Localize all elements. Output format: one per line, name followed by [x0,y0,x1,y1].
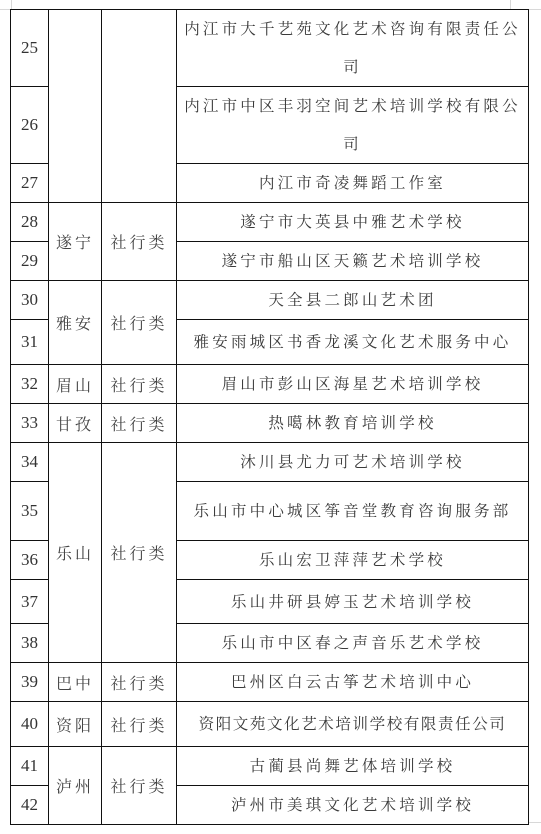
table-row: 28 遂宁 社行类 遂宁市大英县中雅艺术学校 [11,203,529,242]
category-cell [102,10,177,203]
row-number: 40 [11,702,49,747]
city-cell: 泸州 [49,747,102,825]
table-row: 39 巴中 社行类 巴州区白云古筝艺术培训中心 [11,663,529,702]
table-row: 33 甘孜 社行类 热噶林教育培训学校 [11,404,529,443]
institution-name: 乐山宏卫萍萍艺术学校 [177,541,529,580]
institution-name: 乐山井研县婷玉艺术培训学校 [177,580,529,624]
row-number: 33 [11,404,49,443]
table-row: 41 泸州 社行类 古蔺县尚舞艺体培训学校 [11,747,529,786]
category-cell: 社行类 [102,663,177,702]
crop-mark [529,822,541,823]
row-number: 35 [11,482,49,541]
institution-name: 内江市奇凌舞蹈工作室 [177,164,529,203]
institution-name: 内江市大千艺苑文化艺术咨询有限责任公 司 [177,10,529,87]
table-row: 30 雅安 社行类 天全县二郎山艺术团 [11,281,529,320]
crop-mark [510,0,511,9]
city-cell: 雅安 [49,281,102,365]
table-row: 34 乐山 社行类 沐川县尤力可艺术培训学校 [11,443,529,482]
row-number: 26 [11,87,49,164]
city-cell: 眉山 [49,365,102,404]
institution-name: 乐山市中区春之声音乐艺术学校 [177,624,529,663]
row-number: 34 [11,443,49,482]
institution-name: 雅安雨城区书香龙溪文化艺术服务中心 [177,320,529,365]
category-cell: 社行类 [102,747,177,825]
row-number: 25 [11,10,49,87]
name-line: 司 [177,125,528,163]
institution-name: 内江市中区丰羽空间艺术培训学校有限公 司 [177,87,529,164]
crop-mark [11,0,12,9]
row-number: 28 [11,203,49,242]
institution-name: 古蔺县尚舞艺体培训学校 [177,747,529,786]
institution-name: 资阳文苑文化艺术培训学校有限责任公司 [177,702,529,747]
row-number: 27 [11,164,49,203]
city-cell: 资阳 [49,702,102,747]
table-row: 25 内江市大千艺苑文化艺术咨询有限责任公 司 [11,10,529,87]
institution-name: 沐川县尤力可艺术培训学校 [177,443,529,482]
crop-mark [529,9,541,10]
category-cell: 社行类 [102,443,177,663]
table-row: 40 资阳 社行类 资阳文苑文化艺术培训学校有限责任公司 [11,702,529,747]
category-cell: 社行类 [102,365,177,404]
institution-name: 天全县二郎山艺术团 [177,281,529,320]
institution-name: 遂宁市大英县中雅艺术学校 [177,203,529,242]
name-line: 司 [177,48,528,86]
row-number: 37 [11,580,49,624]
category-cell: 社行类 [102,281,177,365]
row-number: 42 [11,786,49,825]
table-row: 32 眉山 社行类 眉山市彭山区海星艺术培训学校 [11,365,529,404]
category-cell: 社行类 [102,203,177,281]
row-number: 38 [11,624,49,663]
institution-name: 热噶林教育培训学校 [177,404,529,443]
row-number: 32 [11,365,49,404]
city-cell: 巴中 [49,663,102,702]
row-number: 41 [11,747,49,786]
name-line: 内江市大千艺苑文化艺术咨询有限责任公 [177,10,528,48]
institution-name: 泸州市美琪文化艺术培训学校 [177,786,529,825]
institution-name: 眉山市彭山区海星艺术培训学校 [177,365,529,404]
city-cell: 遂宁 [49,203,102,281]
city-cell: 甘孜 [49,404,102,443]
institution-name: 巴州区白云古筝艺术培训中心 [177,663,529,702]
institution-name: 遂宁市船山区天籁艺术培训学校 [177,242,529,281]
row-number: 29 [11,242,49,281]
category-cell: 社行类 [102,702,177,747]
institution-table: 25 内江市大千艺苑文化艺术咨询有限责任公 司 26 内江市中区丰羽空间艺术培训… [10,9,529,825]
city-cell [49,10,102,203]
city-cell: 乐山 [49,443,102,663]
name-line: 内江市中区丰羽空间艺术培训学校有限公 [177,87,528,125]
row-number: 30 [11,281,49,320]
row-number: 39 [11,663,49,702]
row-number: 31 [11,320,49,365]
institution-name: 乐山市中心城区筝音堂教育咨询服务部 [177,482,529,541]
category-cell: 社行类 [102,404,177,443]
row-number: 36 [11,541,49,580]
